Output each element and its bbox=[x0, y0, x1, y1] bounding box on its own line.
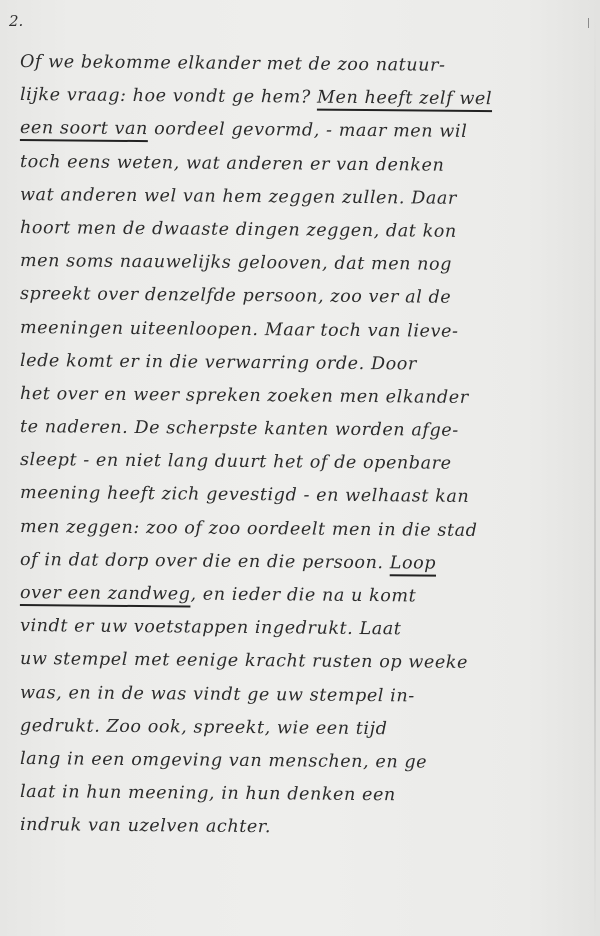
text-segment: wat anderen wel van hem zeggen zullen. D… bbox=[20, 185, 457, 209]
text-segment: het over en weer spreken zoeken men elka… bbox=[20, 384, 469, 408]
handwritten-line: indruk van uzelven achter. bbox=[20, 809, 585, 847]
underlined-phrase: over een zandweg bbox=[20, 583, 191, 604]
text-segment: lede komt er in die verwarring orde. Doo… bbox=[20, 351, 417, 374]
handwritten-line: of in dat dorp over die en die persoon. … bbox=[20, 544, 585, 582]
handwritten-line: Of we bekomme elkander met de zoo natuur… bbox=[20, 46, 585, 84]
text-segment: oordeel gevormd, - maar men wil bbox=[148, 119, 468, 142]
handwritten-line: het over en weer spreken zoeken men elka… bbox=[20, 378, 585, 416]
underlined-phrase: een soort van bbox=[20, 118, 148, 139]
text-segment: was, en in de was vindt ge uw stempel in… bbox=[20, 683, 415, 706]
handwritten-line: een soort van oordeel gevormd, - maar me… bbox=[20, 112, 585, 150]
handwritten-line: was, en in de was vindt ge uw stempel in… bbox=[20, 677, 585, 715]
handwritten-line: uw stempel met eenige kracht rusten op w… bbox=[20, 643, 585, 681]
handwritten-line: vindt er uw voetstappen ingedrukt. Laat bbox=[20, 610, 585, 648]
handwritten-line: lijke vraag: hoe vondt ge hem? Men heeft… bbox=[20, 79, 585, 117]
handwritten-line: meeningen uiteenloopen. Maar toch van li… bbox=[20, 312, 585, 350]
text-segment: hoort men de dwaaste dingen zeggen, dat … bbox=[20, 218, 457, 242]
text-segment: lang in een omgeving van menschen, en ge bbox=[20, 749, 427, 773]
handwritten-line: gedrukt. Zoo ook, spreekt, wie een tijd bbox=[20, 710, 585, 748]
handwritten-line: te naderen. De scherpste kanten worden a… bbox=[20, 411, 585, 449]
handwritten-line: spreekt over denzelfde persoon, zoo ver … bbox=[20, 278, 585, 316]
handwritten-line: over een zandweg, en ieder die na u komt bbox=[20, 577, 585, 615]
handwritten-line: men zeggen: zoo of zoo oordeelt men in d… bbox=[20, 511, 585, 549]
text-segment: toch eens weten, wat anderen er van denk… bbox=[20, 152, 445, 176]
handwritten-line: lede komt er in die verwarring orde. Doo… bbox=[20, 345, 585, 383]
handwritten-text-body: Of we bekomme elkander met de zoo natuur… bbox=[20, 46, 585, 843]
text-segment: spreekt over denzelfde persoon, zoo ver … bbox=[20, 284, 451, 308]
handwritten-line: toch eens weten, wat anderen er van denk… bbox=[20, 146, 585, 184]
handwritten-line: meening heeft zich gevestigd - en welhaa… bbox=[20, 477, 585, 515]
text-segment: of in dat dorp over die en die persoon. bbox=[20, 550, 390, 573]
text-segment: men soms naauwelijks gelooven, dat men n… bbox=[20, 251, 452, 275]
handwritten-line: laat in hun meening, in hun denken een bbox=[20, 776, 585, 814]
text-segment: te naderen. De scherpste kanten worden a… bbox=[20, 417, 459, 441]
text-segment: , en ieder die na u komt bbox=[190, 584, 416, 606]
handwritten-line: hoort men de dwaaste dingen zeggen, dat … bbox=[20, 212, 585, 250]
manuscript-page: 2. Of we bekomme elkander met de zoo nat… bbox=[0, 0, 600, 936]
text-segment: gedrukt. Zoo ook, spreekt, wie een tijd bbox=[20, 716, 388, 739]
text-segment: meeningen uiteenloopen. Maar toch van li… bbox=[20, 318, 459, 342]
text-segment: indruk van uzelven achter. bbox=[20, 815, 271, 837]
text-segment: Of we bekomme elkander met de zoo natuur… bbox=[20, 52, 446, 76]
text-segment: sleept - en niet lang duurt het of de op… bbox=[20, 450, 452, 474]
underlined-phrase: Men heeft zelf wel bbox=[317, 88, 492, 110]
paper-edge-mark bbox=[588, 18, 589, 28]
text-segment: laat in hun meening, in hun denken een bbox=[20, 782, 396, 805]
handwritten-line: men soms naauwelijks gelooven, dat men n… bbox=[20, 245, 585, 283]
handwritten-line: sleept - en niet lang duurt het of de op… bbox=[20, 444, 585, 482]
handwritten-line: wat anderen wel van hem zeggen zullen. D… bbox=[20, 179, 585, 217]
handwritten-line: lang in een omgeving van menschen, en ge bbox=[20, 743, 585, 781]
text-segment: men zeggen: zoo of zoo oordeelt men in d… bbox=[20, 517, 478, 541]
text-segment: lijke vraag: hoe vondt ge hem? bbox=[20, 85, 317, 108]
text-segment: meening heeft zich gevestigd - en welhaa… bbox=[20, 483, 469, 507]
underlined-phrase: Loop bbox=[390, 553, 436, 573]
text-segment: uw stempel met eenige kracht rusten op w… bbox=[20, 649, 468, 673]
page-number: 2. bbox=[9, 12, 23, 30]
text-segment: vindt er uw voetstappen ingedrukt. Laat bbox=[20, 616, 402, 639]
